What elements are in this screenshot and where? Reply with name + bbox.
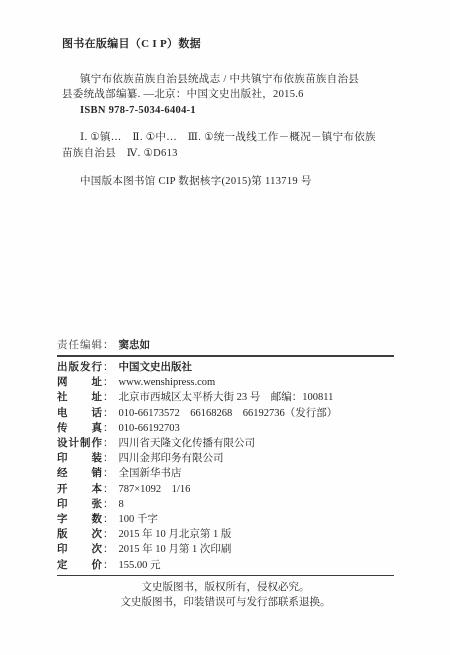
publication-row-label: 印装 [57, 451, 102, 466]
publication-row: 印张：8 [57, 497, 394, 512]
publication-row-label: 字数 [57, 512, 102, 527]
publication-row-colon: ： [103, 406, 114, 421]
publication-row-colon: ： [103, 421, 114, 436]
footer-notices: 文史版图书，版权所有，侵权必究。 文史版图书，印装错误可与发行部联系退换。 [57, 576, 394, 611]
publication-row-label: 出版发行 [57, 360, 102, 375]
publication-row-value: 155.00 元 [119, 558, 161, 573]
publication-row: 网址：www.wenshipress.com [57, 375, 394, 390]
publication-row: 设计制作：四川省天隆文化传播有限公司 [57, 436, 394, 451]
publication-row-value: 010-66173572 66168268 66192736（发行部） [119, 406, 338, 421]
publication-row-label: 网址 [57, 375, 102, 390]
publication-row-label: 传真 [57, 421, 102, 436]
publication-row-colon: ： [103, 558, 114, 573]
editor-name: 窦忠如 [119, 337, 151, 354]
publication-row-colon: ： [103, 482, 114, 497]
publication-row-value: 中国文史出版社 [119, 360, 193, 375]
publication-row-label: 版次 [57, 527, 102, 542]
publication-row-colon: ： [103, 375, 114, 390]
publication-row: 经销：全国新华书店 [57, 466, 394, 481]
publication-row-value: 2015 年 10 月第 1 次印刷 [119, 542, 232, 557]
colophon-section: 责任编辑 ： 窦忠如 出版发行：中国文史出版社网址：www.wenshipres… [57, 337, 394, 611]
book-copyright-page: 图书在版编目（C I P）数据 镇宁布依族苗族自治县统战志 / 中共镇宁布依族苗… [0, 0, 450, 655]
publication-row-colon: ： [103, 512, 114, 527]
publication-row-colon: ： [103, 436, 114, 451]
publication-row: 印装：四川金邦印务有限公司 [57, 451, 394, 466]
publication-row-colon: ： [103, 390, 114, 405]
publication-row-label: 设计制作 [57, 436, 102, 451]
publication-row-label: 定价 [57, 558, 102, 573]
publication-row-value: www.wenshipress.com [119, 375, 216, 390]
publication-row-value: 2015 年 10 月北京第 1 版 [119, 527, 232, 542]
publication-info-list: 出版发行：中国文史出版社网址：www.wenshipress.com社址：北京市… [57, 357, 394, 576]
publication-row-value: 010-66192703 [119, 421, 180, 436]
cip-classification-line2: 苗族自治县 Ⅳ. ①D613 [62, 146, 402, 162]
publication-row-label: 电话 [57, 406, 102, 421]
publication-row: 定价：155.00 元 [57, 558, 394, 573]
cip-title-line1: 镇宁布依族苗族自治县统战志 / 中共镇宁布依族苗族自治县 [62, 72, 402, 88]
publication-row: 电话：010-66173572 66168268 66192736（发行部） [57, 406, 394, 421]
publication-row-colon: ： [103, 466, 114, 481]
publication-row-colon: ： [103, 542, 114, 557]
publication-row-label: 经销 [57, 466, 102, 481]
cip-record-number: 中国版本图书馆 CIP 数据核字(2015)第 113719 号 [62, 174, 402, 190]
publication-row-value: 四川金邦印务有限公司 [119, 451, 224, 466]
publication-row-label: 开本 [57, 482, 102, 497]
publication-row: 版次：2015 年 10 月北京第 1 版 [57, 527, 394, 542]
publication-row-colon: ： [103, 360, 114, 375]
publication-row-value: 北京市西城区太平桥大街 23 号 邮编：100811 [119, 390, 334, 405]
editor-label: 责任编辑 [57, 337, 102, 354]
publication-row-label: 社址 [57, 390, 102, 405]
publication-row: 出版发行：中国文史出版社 [57, 360, 394, 375]
publication-row-value: 100 千字 [119, 512, 158, 527]
publication-row-label: 印次 [57, 542, 102, 557]
publication-row-value: 四川省天隆文化传播有限公司 [119, 436, 256, 451]
editor-row: 责任编辑 ： 窦忠如 [57, 337, 394, 357]
editor-colon: ： [103, 337, 114, 354]
publication-row: 社址：北京市西城区太平桥大街 23 号 邮编：100811 [57, 390, 394, 405]
misprint-exchange-notice: 文史版图书，印装错误可与发行部联系退换。 [57, 595, 394, 611]
cip-classification-line1: Ⅰ. ①镇… Ⅱ. ①中… Ⅲ. ①统一战线工作－概况－镇宁布依族 [62, 130, 402, 146]
publication-row: 开本：787×1092 1/16 [57, 482, 394, 497]
cip-isbn: ISBN 978-7-5034-6404-1 [62, 103, 402, 119]
cip-section: 图书在版编目（C I P）数据 镇宁布依族苗族自治县统战志 / 中共镇宁布依族苗… [62, 37, 402, 190]
publication-row: 传真：010-66192703 [57, 421, 394, 436]
publication-row-value: 787×1092 1/16 [119, 482, 191, 497]
cip-title-line2: 县委统战部编纂. —北京：中国文史出版社，2015.6 [62, 87, 402, 103]
cip-heading: 图书在版编目（C I P）数据 [62, 37, 402, 53]
publication-row-value: 8 [119, 497, 124, 512]
publication-row-colon: ： [103, 497, 114, 512]
publication-row-colon: ： [103, 527, 114, 542]
publication-row-value: 全国新华书店 [119, 466, 182, 481]
publication-row: 印次：2015 年 10 月第 1 次印刷 [57, 542, 394, 557]
publication-row: 字数：100 千字 [57, 512, 394, 527]
publication-row-colon: ： [103, 451, 114, 466]
publication-row-label: 印张 [57, 497, 102, 512]
copyright-notice: 文史版图书，版权所有，侵权必究。 [57, 580, 394, 596]
